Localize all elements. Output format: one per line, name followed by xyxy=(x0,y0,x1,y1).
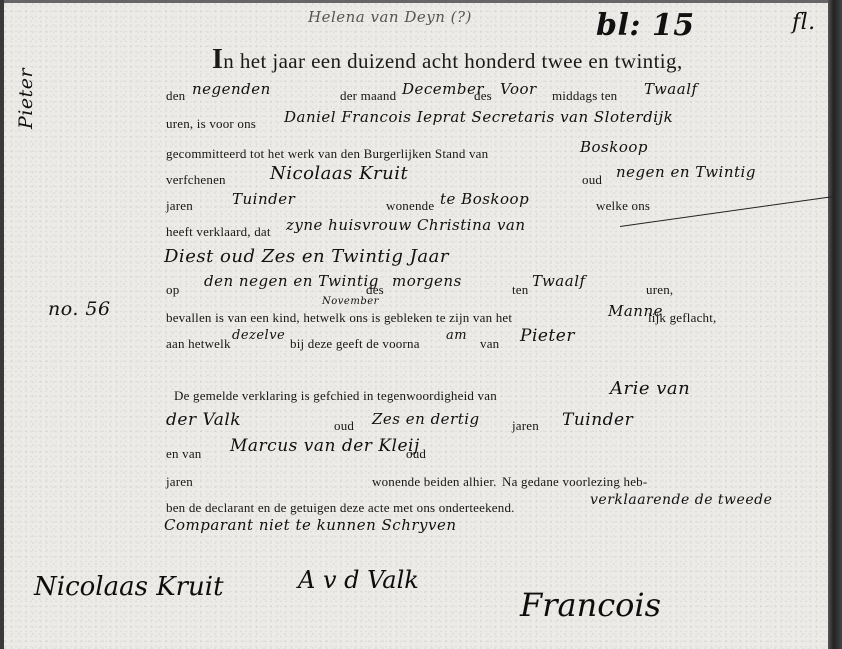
folio-suffix: fl. xyxy=(792,10,816,35)
print-welke-ons: welke ons xyxy=(596,198,650,214)
hand-witness1-occupation: Tuinder xyxy=(562,410,633,430)
hand-interlinear-month: November xyxy=(322,296,379,307)
print-jaren-2: jaren xyxy=(512,418,539,434)
signature-declarant: Nicolaas Kruit xyxy=(34,572,224,602)
document-title: In het jaar een duizend acht honderd twe… xyxy=(212,44,683,76)
fill-line xyxy=(620,196,833,227)
hand-birth-day: den negen en Twintig xyxy=(204,272,379,290)
print-wonende-beiden: wonende beiden alhier. xyxy=(372,474,497,490)
top-handwritten-note: Helena van Deyn (?) xyxy=(308,8,472,26)
hand-declarant-age: negen en Twintig xyxy=(616,163,756,181)
hand-note-part1: verklaarende de tweede xyxy=(590,492,772,508)
print-uren: uren, xyxy=(646,282,673,298)
print-verschenen: verfchenen xyxy=(166,172,226,188)
hand-birth-hour: Twaalf xyxy=(532,272,586,290)
folio-number: bl: 15 xyxy=(596,8,695,43)
title-text: n het jaar een duizend acht honderd twee… xyxy=(223,49,682,73)
print-onderteekend: ben de declarant en de getuigen deze act… xyxy=(166,500,515,516)
print-voorlezing: Na gedane voorlezing heb- xyxy=(502,474,647,490)
print-bevallen: bevallen is van een kind, hetwelk ons is… xyxy=(166,310,512,326)
hand-month: December xyxy=(402,80,484,98)
print-ten: ten xyxy=(512,282,528,298)
scan-edge-right xyxy=(828,0,842,649)
print-gemelde-verklaring: De gemelde verklaring is gefchied in teg… xyxy=(174,388,497,404)
margin-name-vertical: Pieter xyxy=(15,69,37,129)
hand-residence: te Boskoop xyxy=(440,190,529,208)
hand-hour: Twaalf xyxy=(644,80,698,98)
hand-morgens: morgens xyxy=(392,272,462,290)
print-op: op xyxy=(166,282,179,298)
hand-witness2-name: Marcus van der Kleij xyxy=(230,436,420,456)
print-lijk-geslacht: lijk geflacht, xyxy=(648,310,717,326)
print-van: van xyxy=(480,336,499,352)
hand-declarant-name: Nicolaas Kruit xyxy=(270,163,408,184)
print-oud-2: oud xyxy=(334,418,354,434)
print-oud: oud xyxy=(582,172,602,188)
print-uren-is-voor-ons: uren, is voor ons xyxy=(166,116,256,132)
hand-voor: Voor xyxy=(500,80,537,98)
print-jaren: jaren xyxy=(166,198,193,214)
print-jaren-3: jaren xyxy=(166,474,193,490)
scan-edge-left xyxy=(0,0,4,649)
document-scan: Pieter no. 56 Helena van Deyn (?) bl: 15… xyxy=(0,0,842,649)
hand-note-part2: Comparant niet te kunnen Schryven xyxy=(164,516,457,534)
print-der-maand: der maand xyxy=(340,88,396,104)
print-den: den xyxy=(166,88,185,104)
hand-mother-name-part2: Diest oud Zes en Twintig Jaar xyxy=(164,246,449,267)
hand-day: negenden xyxy=(192,80,271,98)
print-middags-ten: middags ten xyxy=(552,88,617,104)
scan-edge-top xyxy=(0,0,842,3)
record-number: no. 56 xyxy=(48,298,111,320)
print-heeft-verklaard: heeft verklaard, dat xyxy=(166,224,271,240)
hand-municipality: Boskoop xyxy=(580,138,648,156)
hand-witness1-part2: der Valk xyxy=(166,410,241,430)
signature-official: Francois xyxy=(520,586,661,624)
print-en-van: en van xyxy=(166,446,202,462)
print-des: des xyxy=(474,88,492,104)
print-wonende: wonende xyxy=(386,198,434,214)
print-aan-hetwelk: aan hetwelk xyxy=(166,336,231,352)
signature-witness: A v d Valk xyxy=(298,566,419,594)
print-gecommitteerd: gecommitteerd tot het werk van den Burge… xyxy=(166,146,488,162)
title-initial: I xyxy=(212,44,223,75)
hand-child-name: Pieter xyxy=(520,326,575,346)
hand-official-name: Daniel Francois Ieprat Secretaris van Sl… xyxy=(284,108,673,126)
hand-dezelve: dezelve xyxy=(232,328,285,343)
hand-mother-name-part1: zyne huisvrouw Christina van xyxy=(286,216,526,234)
print-oud-3: oud xyxy=(406,446,426,462)
hand-am: am xyxy=(446,328,467,343)
print-geeft-voornaam: bij deze geeft de voorna xyxy=(290,336,420,352)
hand-witness1-part1: Arie van xyxy=(610,378,690,399)
hand-occupation: Tuinder xyxy=(232,190,295,208)
hand-witness1-age: Zes en dertig xyxy=(372,410,480,428)
